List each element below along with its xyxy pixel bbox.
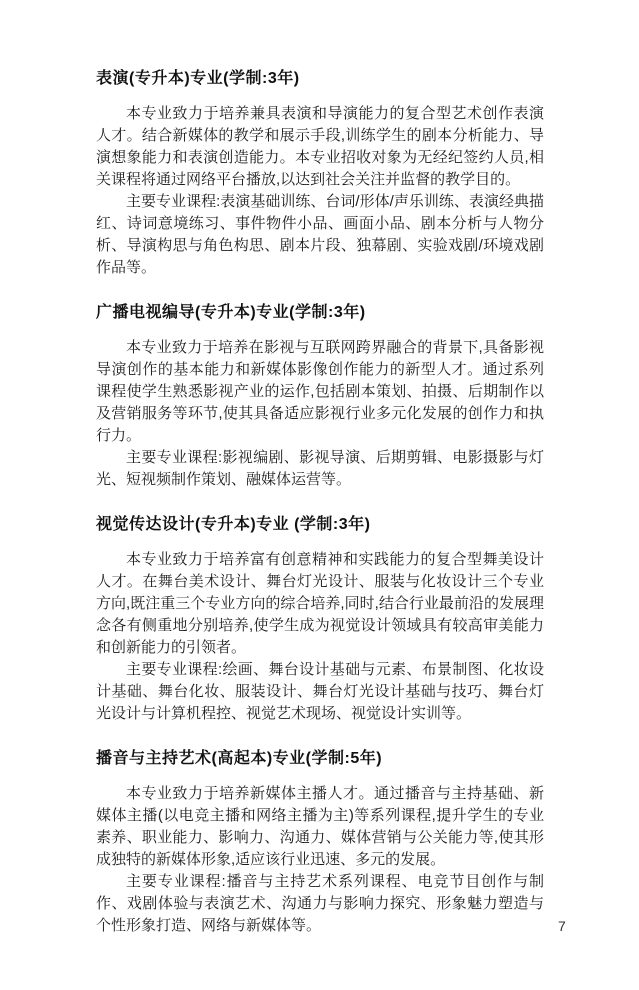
program-intro-paragraph: 本专业致力于培养新媒体主播人才。通过播音与主持基础、新媒体主播(以电竞主播和网络… bbox=[96, 783, 544, 871]
program-heading: 播音与主持艺术(高起本)专业(学制:5年) bbox=[96, 748, 544, 770]
section-broadcasting-hosting-art-major: 播音与主持艺术(高起本)专业(学制:5年) 本专业致力于培养新媒体主播人才。通过… bbox=[96, 748, 544, 937]
program-courses-paragraph: 主要专业课程:影视编剧、影视导演、后期剪辑、电影摄影与灯光、短视频制作策划、融媒… bbox=[96, 447, 544, 491]
section-performance-major: 表演(专升本)专业(学制:3年) 本专业致力于培养兼具表演和导演能力的复合型艺术… bbox=[96, 68, 544, 279]
program-courses-paragraph: 主要专业课程:绘画、舞台设计基础与元素、布景制图、化妆设计基础、舞台化妆、服装设… bbox=[96, 659, 544, 725]
program-courses-paragraph: 主要专业课程:播音与主持艺术系列课程、电竞节目创作与制作、戏剧体验与表演艺术、沟… bbox=[96, 871, 544, 937]
program-heading: 表演(专升本)专业(学制:3年) bbox=[96, 68, 544, 90]
program-heading: 视觉传达设计(专升本)专业 (学制:3年) bbox=[96, 514, 544, 536]
program-heading: 广播电视编导(专升本)专业(学制:3年) bbox=[96, 302, 544, 324]
section-visual-communication-design-major: 视觉传达设计(专升本)专业 (学制:3年) 本专业致力于培养富有创意精神和实践能… bbox=[96, 514, 544, 725]
program-intro-paragraph: 本专业致力于培养兼具表演和导演能力的复合型艺术创作表演人才。结合新媒体的教学和展… bbox=[96, 103, 544, 191]
section-radio-tv-directing-major: 广播电视编导(专升本)专业(学制:3年) 本专业致力于培养在影视与互联网跨界融合… bbox=[96, 302, 544, 491]
document-page: 表演(专升本)专业(学制:3年) 本专业致力于培养兼具表演和导演能力的复合型艺术… bbox=[0, 0, 639, 990]
program-intro-paragraph: 本专业致力于培养在影视与互联网跨界融合的背景下,具备影视导演创作的基本能力和新媒… bbox=[96, 337, 544, 447]
program-intro-paragraph: 本专业致力于培养富有创意精神和实践能力的复合型舞美设计人才。在舞台美术设计、舞台… bbox=[96, 549, 544, 659]
page-content: 表演(专升本)专业(学制:3年) 本专业致力于培养兼具表演和导演能力的复合型艺术… bbox=[96, 68, 544, 960]
page-number: 7 bbox=[558, 916, 566, 936]
program-courses-paragraph: 主要专业课程:表演基础训练、台词/形体/声乐训练、表演经典描红、诗词意境练习、事… bbox=[96, 191, 544, 279]
